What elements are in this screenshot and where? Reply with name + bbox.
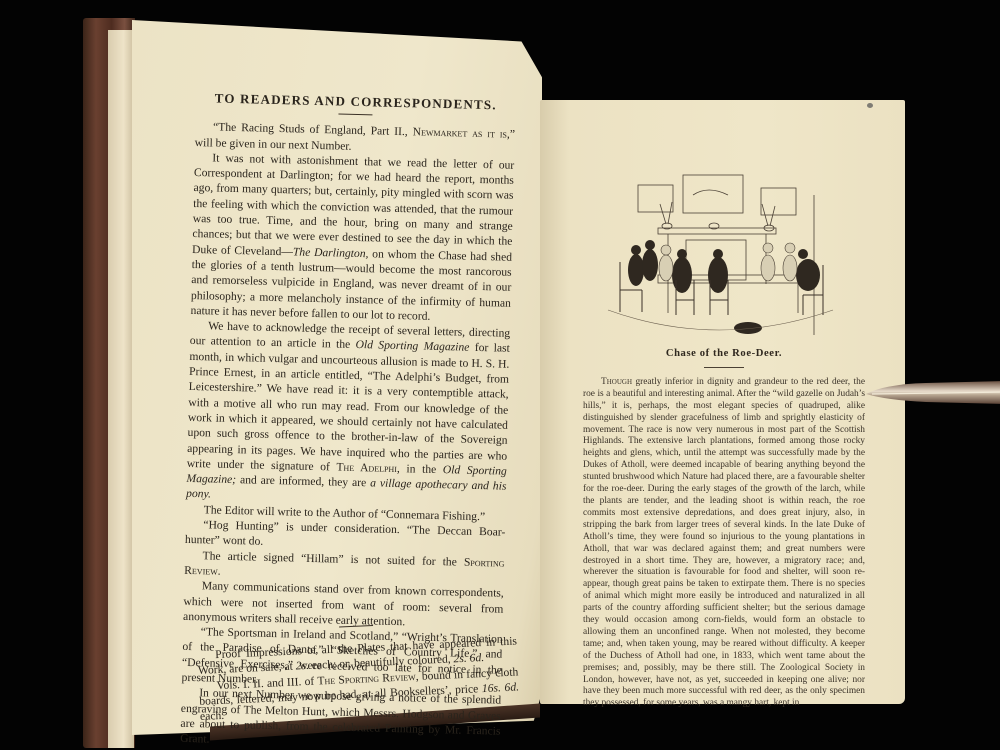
text: greatly inferior in dignity and grandeur…: [583, 377, 865, 708]
right-page-text: Chase of the Roe-Deer. Though greatly in…: [583, 348, 865, 710]
small-caps-text: Newmarket as it is,: [413, 126, 510, 141]
section-rule: [339, 625, 373, 628]
italic-text: 16s. 6d.: [482, 680, 520, 695]
paragraph-darlington: It was not with astonishment that we rea…: [190, 150, 514, 326]
small-caps-text: The Adelphi: [336, 460, 397, 474]
text: and are informed, they are: [236, 473, 370, 489]
text: It was not with astonishment that we rea…: [192, 151, 514, 258]
page-block-edge: [108, 30, 134, 748]
dining-room-engraving: [598, 150, 843, 340]
heading-rule: [704, 367, 744, 368]
article-body: Though greatly inferior in dignity and g…: [583, 377, 865, 710]
page-spot: [867, 103, 873, 108]
italic-text: The Darlington,: [293, 245, 369, 260]
italic-text: Old Sporting Magazine: [355, 338, 469, 354]
letter-opener-knife: [866, 378, 1000, 408]
opening-word: Though: [601, 377, 632, 387]
text: each.: [200, 709, 225, 723]
italic-text: 2s.: [295, 659, 309, 673]
article-heading: Chase of the Roe-Deer.: [583, 348, 865, 360]
left-page-notice: Proof Impressions of all the Plates that…: [196, 613, 520, 724]
text: for last month, in which vulgar and unco…: [187, 341, 510, 473]
text: , in the: [397, 462, 443, 476]
small-caps-text: The Sporting Review,: [317, 670, 419, 688]
heading-rule: [338, 114, 372, 116]
paragraph-acknowledge: We have to acknowledge the receipt of se…: [186, 318, 510, 509]
text: Vols. I. II. and III. of: [216, 674, 317, 692]
italic-text: 2s. 6d.: [453, 651, 484, 665]
